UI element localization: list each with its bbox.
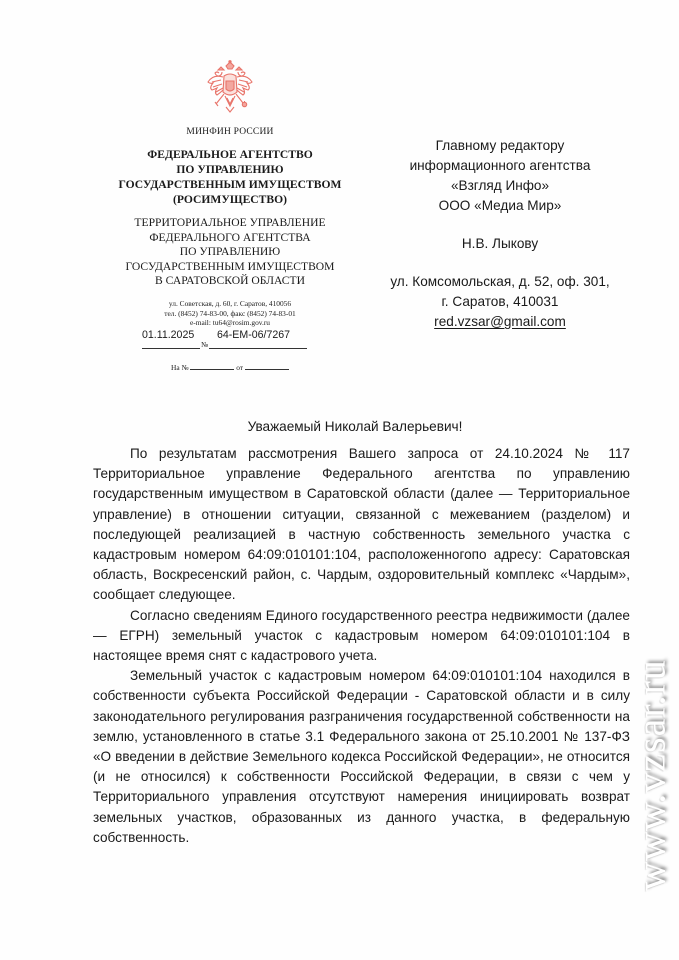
registration-number: 64-ЕМ-06/7267 <box>217 329 290 341</box>
sender-phone-fax: тел. (8452) 74-83-00, факс (8452) 74-83-… <box>100 309 360 319</box>
addressee-address-line: ул. Комсомольская, д. 52, оф. 301, <box>380 272 620 292</box>
addressee-line: информационного агентства <box>380 156 620 176</box>
russian-eagle-emblem-icon <box>204 60 256 122</box>
sender-contacts: ул. Советская, д. 60, г. Саратов, 410056… <box>100 299 360 328</box>
body-paragraph: По результатам рассмотрения Вашего запро… <box>93 444 630 606</box>
agency-name: ФЕДЕРАЛЬНОЕ АГЕНТСТВО ПО УПРАВЛЕНИЮ ГОСУ… <box>100 147 360 207</box>
agency-line: (РОСИМУЩЕСТВО) <box>100 192 360 207</box>
body-paragraph: Согласно сведениям Единого государственн… <box>93 606 630 667</box>
registration-row: 01.11.2025 64-ЕМ-06/7267 № <box>100 328 360 350</box>
addressee-block: Главному редактору информационного агент… <box>380 136 620 332</box>
sender-address: ул. Советская, д. 60, г. Саратов, 410056 <box>100 299 360 309</box>
registration-underline <box>142 348 307 349</box>
letter-body: По результатам рассмотрения Вашего запро… <box>93 444 630 848</box>
salutation: Уважаемый Николай Валерьевич! <box>60 417 650 437</box>
territorial-line: ГОСУДАРСТВЕННЫМ ИМУЩЕСТВОМ <box>100 260 360 275</box>
ministry-name: МИНФИН РОССИИ <box>100 126 360 138</box>
agency-line: ПО УПРАВЛЕНИЮ <box>100 162 360 177</box>
agency-line: ГОСУДАРСТВЕННЫМ ИМУЩЕСТВОМ <box>100 177 360 192</box>
addressee-line: Главному редактору <box>380 136 620 156</box>
reference-number-label: На № <box>171 363 189 372</box>
sender-email: e-mail: tu64@rosim.gov.ru <box>100 318 360 328</box>
reference-date-label: от <box>236 363 243 372</box>
addressee-email-link[interactable]: red.vzsar@gmail.com <box>434 314 566 329</box>
addressee-line: ООО «Медиа Мир» <box>380 196 620 216</box>
territorial-line: В САРАТОВСКОЙ ОБЛАСТИ <box>100 274 360 289</box>
reference-row: На № от <box>100 362 360 373</box>
registration-date: 01.11.2025 <box>142 329 194 341</box>
addressee-name: Н.В. Лыкову <box>380 234 620 254</box>
reference-date-blank <box>245 362 289 370</box>
reference-number-blank <box>190 362 234 370</box>
number-sign: № <box>200 340 209 349</box>
territorial-line: ФЕДЕРАЛЬНОГО АГЕНТСТВА <box>100 231 360 246</box>
body-paragraph: Земельный участок с кадастровым номером … <box>93 666 630 848</box>
territorial-line: ТЕРРИТОРИАЛЬНОЕ УПРАВЛЕНИЕ <box>100 216 360 231</box>
watermark-text: www.vzsar.ru <box>628 659 675 891</box>
addressee-address-line: г. Саратов, 410031 <box>380 292 620 312</box>
territorial-line: ПО УПРАВЛЕНИЮ <box>100 245 360 260</box>
territorial-office-name: ТЕРРИТОРИАЛЬНОЕ УПРАВЛЕНИЕ ФЕДЕРАЛЬНОГО … <box>100 216 360 289</box>
agency-line: ФЕДЕРАЛЬНОЕ АГЕНТСТВО <box>100 147 360 162</box>
site-watermark: www.vzsar.ru <box>626 600 676 950</box>
addressee-line: «Взгляд Инфо» <box>380 176 620 196</box>
letter-page: МИНФИН РОССИИ ФЕДЕРАЛЬНОЕ АГЕНТСТВО ПО У… <box>0 0 679 960</box>
sender-header: МИНФИН РОССИИ ФЕДЕРАЛЬНОЕ АГЕНТСТВО ПО У… <box>100 60 360 373</box>
